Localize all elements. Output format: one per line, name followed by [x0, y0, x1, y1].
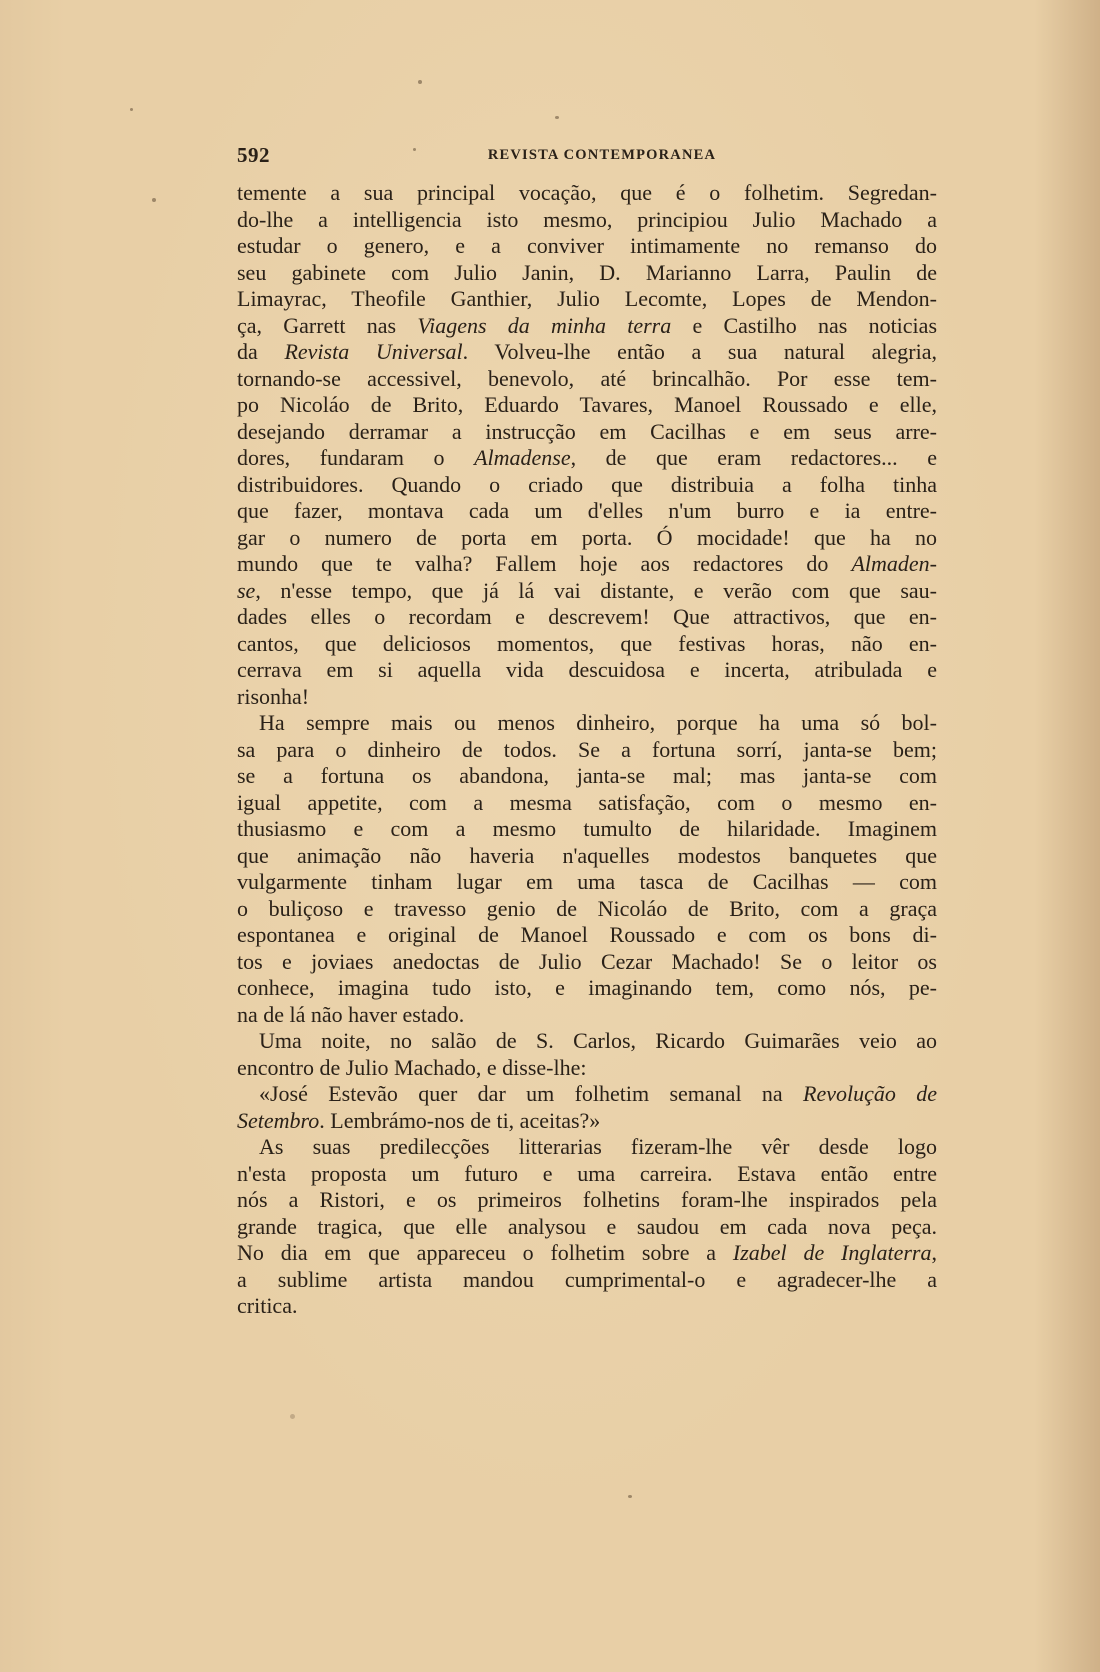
text-line: nós a Ristori, e os primeiros folhetins …: [237, 1187, 937, 1214]
paper-speck: [628, 1495, 632, 1498]
journal-title: REVISTA CONTEMPORANEA: [237, 147, 937, 164]
text-run: tos e joviaes anedoctas de Julio Cezar M…: [237, 949, 937, 974]
text-run: risonha!: [237, 684, 309, 709]
text-run: n'esta proposta um futuro e uma carreira…: [237, 1161, 937, 1186]
text-run: o buliçoso e travesso genio de Nicoláo d…: [237, 896, 937, 921]
text-run: desejando derramar a instrucção em Cacil…: [237, 419, 937, 444]
text-line: tornando-se accessivel, benevolo, até br…: [237, 366, 937, 393]
italic-title: Revolução de: [803, 1081, 937, 1106]
text-run: distribuidores. Quando o criado que dist…: [237, 472, 937, 497]
text-run: , de que eram redactores... e: [571, 445, 937, 470]
text-line: desejando derramar a instrucção em Cacil…: [237, 419, 937, 446]
text-line: po Nicoláo de Brito, Eduardo Tavares, Ma…: [237, 392, 937, 419]
text-line: No dia em que appareceu o folhetim sobre…: [237, 1240, 937, 1267]
text-run: , n'esse tempo, que já lá vai distante, …: [255, 578, 937, 603]
italic-title: Almaden-: [851, 551, 937, 576]
text-line: Setembro. Lembrámo-nos de ti, aceitas?»: [237, 1108, 937, 1135]
text-run: thusiasmo e com a mesmo tumulto de hilar…: [237, 816, 937, 841]
text-line: seu gabinete com Julio Janin, D. Mariann…: [237, 260, 937, 287]
text-run: . Volveu-lhe então a sua natural alegria…: [463, 339, 937, 364]
italic-title: se: [237, 578, 255, 603]
text-run: e Castilho nas noticias: [671, 313, 937, 338]
paper-speck: [555, 116, 559, 119]
text-line: distribuidores. Quando o criado que dist…: [237, 472, 937, 499]
text-run: se a fortuna os abandona, janta-se mal; …: [237, 763, 937, 788]
text-line: cerrava em si aquella vida descuidosa e …: [237, 657, 937, 684]
text-run: que fazer, montava cada um d'elles n'um …: [237, 498, 937, 523]
text-line: thusiasmo e com a mesmo tumulto de hilar…: [237, 816, 937, 843]
text-run: estudar o genero, e a conviver intimamen…: [237, 233, 937, 258]
text-line: que animação não haveria n'aquelles mode…: [237, 843, 937, 870]
text-run: que animação não haveria n'aquelles mode…: [237, 843, 937, 868]
text-line: tos e joviaes anedoctas de Julio Cezar M…: [237, 949, 937, 976]
text-run: igual appetite, com a mesma satisfação, …: [237, 790, 937, 815]
text-run: . Lembrámo-nos de ti, aceitas?»: [319, 1108, 600, 1133]
text-run: grande tragica, que elle analysou e saud…: [237, 1214, 937, 1239]
text-run: ,: [932, 1240, 938, 1265]
text-line: gar o numero de porta em porta. Ó mocida…: [237, 525, 937, 552]
text-line: a sublime artista mandou cumprimental-o …: [237, 1267, 937, 1294]
text-line: dores, fundaram o Almadense, de que eram…: [237, 445, 937, 472]
text-run: vulgarmente tinham lugar em uma tasca de…: [237, 869, 937, 894]
text-run: conhece, imagina tudo isto, e imaginando…: [237, 975, 937, 1000]
text-line: temente a sua principal vocação, que é o…: [237, 180, 937, 207]
text-line: igual appetite, com a mesma satisfação, …: [237, 790, 937, 817]
text-line: dades elles o recordam e descrevem! Que …: [237, 604, 937, 631]
text-line: Ha sempre mais ou menos dinheiro, porque…: [237, 710, 937, 737]
italic-title: Almadense: [474, 445, 571, 470]
text-line: estudar o genero, e a conviver intimamen…: [237, 233, 937, 260]
text-run: a sublime artista mandou cumprimental-o …: [237, 1267, 937, 1292]
paper-speck: [418, 80, 422, 84]
text-line: vulgarmente tinham lugar em uma tasca de…: [237, 869, 937, 896]
text-line: «José Estevão quer dar um folhetim seman…: [237, 1081, 937, 1108]
text-run: mundo que te valha? Fallem hoje aos reda…: [237, 551, 851, 576]
text-line: n'esta proposta um futuro e uma carreira…: [237, 1161, 937, 1188]
text-run: nós a Ristori, e os primeiros folhetins …: [237, 1187, 937, 1212]
text-line: grande tragica, que elle analysou e saud…: [237, 1214, 937, 1241]
text-run: critica.: [237, 1293, 297, 1318]
text-line: que fazer, montava cada um d'elles n'um …: [237, 498, 937, 525]
italic-title: Setembro: [237, 1108, 319, 1133]
text-line: risonha!: [237, 684, 937, 711]
text-line: Limayrac, Theofile Ganthier, Julio Lecom…: [237, 286, 937, 313]
italic-title: Izabel de Inglaterra: [733, 1240, 932, 1265]
text-line: mundo que te valha? Fallem hoje aos reda…: [237, 551, 937, 578]
text-line: encontro de Julio Machado, e disse-lhe:: [237, 1055, 937, 1082]
text-line: sa para o dinheiro de todos. Se a fortun…: [237, 737, 937, 764]
text-run: cerrava em si aquella vida descuidosa e …: [237, 657, 937, 682]
text-line: conhece, imagina tudo isto, e imaginando…: [237, 975, 937, 1002]
text-line: cantos, que deliciosos momentos, que fes…: [237, 631, 937, 658]
text-line: As suas predilecções litterarias fizeram…: [237, 1134, 937, 1161]
text-line: espontanea e original de Manoel Roussado…: [237, 922, 937, 949]
paper-speck: [290, 1414, 295, 1419]
text-run: As suas predilecções litterarias fizeram…: [259, 1134, 937, 1159]
paper-speck: [152, 198, 156, 202]
text-run: Uma noite, no salão de S. Carlos, Ricard…: [259, 1028, 937, 1053]
text-line: se, n'esse tempo, que já lá vai distante…: [237, 578, 937, 605]
text-run: gar o numero de porta em porta. Ó mocida…: [237, 525, 937, 550]
text-run: dores, fundaram o: [237, 445, 474, 470]
text-line: ça, Garrett nas Viagens da minha terra e…: [237, 313, 937, 340]
text-run: espontanea e original de Manoel Roussado…: [237, 922, 937, 947]
text-run: encontro de Julio Machado, e disse-lhe:: [237, 1055, 586, 1080]
text-run: po Nicoláo de Brito, Eduardo Tavares, Ma…: [237, 392, 937, 417]
text-run: seu gabinete com Julio Janin, D. Mariann…: [237, 260, 937, 285]
text-run: dades elles o recordam e descrevem! Que …: [237, 604, 937, 629]
text-line: na de lá não haver estado.: [237, 1002, 937, 1029]
italic-title: Viagens da minha terra: [417, 313, 671, 338]
text-run: No dia em que appareceu o folhetim sobre…: [237, 1240, 733, 1265]
text-run: ça, Garrett nas: [237, 313, 417, 338]
italic-title: Revista Universal: [284, 339, 462, 364]
text-line: Uma noite, no salão de S. Carlos, Ricard…: [237, 1028, 937, 1055]
text-line: do-lhe a intelligencia isto mesmo, princ…: [237, 207, 937, 234]
text-run: cantos, que deliciosos momentos, que fes…: [237, 631, 937, 656]
text-run: temente a sua principal vocação, que é o…: [237, 180, 937, 205]
text-run: Limayrac, Theofile Ganthier, Julio Lecom…: [237, 286, 937, 311]
text-line: se a fortuna os abandona, janta-se mal; …: [237, 763, 937, 790]
running-head: 592 REVISTA CONTEMPORANEA: [237, 143, 937, 169]
text-run: tornando-se accessivel, benevolo, até br…: [237, 366, 937, 391]
text-run: Ha sempre mais ou menos dinheiro, porque…: [259, 710, 937, 735]
body-text: temente a sua principal vocação, que é o…: [237, 180, 937, 1320]
text-line: o buliçoso e travesso genio de Nicoláo d…: [237, 896, 937, 923]
text-line: critica.: [237, 1293, 937, 1320]
text-run: da: [237, 339, 284, 364]
text-run: na de lá não haver estado.: [237, 1002, 464, 1027]
text-run: sa para o dinheiro de todos. Se a fortun…: [237, 737, 937, 762]
text-run: do-lhe a intelligencia isto mesmo, princ…: [237, 207, 937, 232]
text-line: da Revista Universal. Volveu-lhe então a…: [237, 339, 937, 366]
paper-speck: [130, 108, 133, 111]
text-run: «José Estevão quer dar um folhetim seman…: [259, 1081, 803, 1106]
